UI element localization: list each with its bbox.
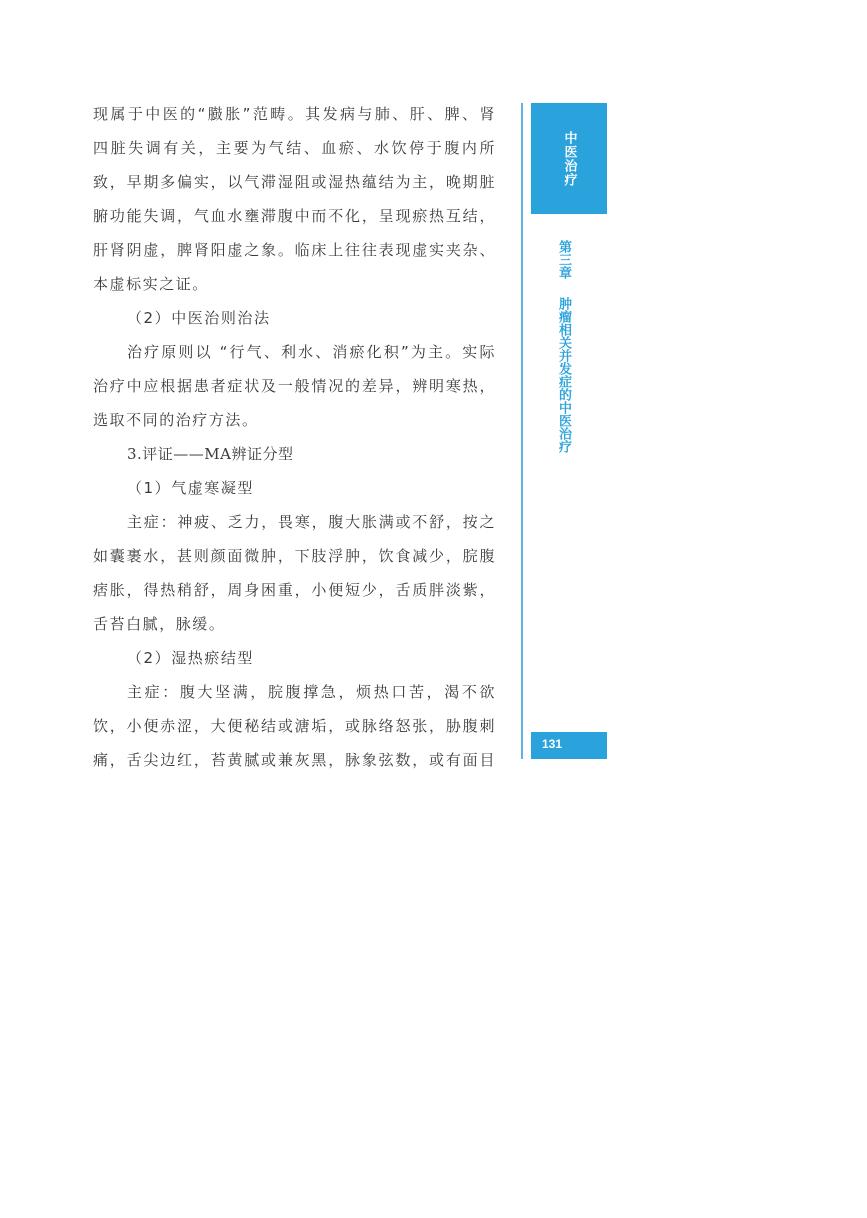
section-tab: 中医治疗 [531, 103, 607, 214]
text-line: 主症：神疲、乏力，畏寒，腹大胀满或不舒，按之 [93, 505, 496, 539]
chapter-number: 第三章 [556, 240, 571, 279]
text-line: 舌苔白腻，脉缓。 [93, 607, 496, 641]
subheading-treatment-principles: （2）中医治则治法 [93, 301, 496, 335]
text-line: 痛，舌尖边红，苔黄腻或兼灰黑，脉象弦数，或有面目 [93, 743, 496, 777]
chapter-running-head: 第三章肿瘤相关并发症的中医治疗 [555, 240, 571, 453]
subheading-damp-heat-stasis: （2）湿热瘀结型 [93, 641, 496, 675]
text-line: 痞胀，得热稍舒，周身困重，小便短少，舌质胖淡紫， [93, 573, 496, 607]
section-tab-label: 中医治疗 [560, 131, 579, 187]
text-line: 本虚标实之证。 [93, 267, 496, 301]
text-line: 致，早期多偏实，以气滞湿阻或湿热蕴结为主，晚期脏 [93, 165, 496, 199]
text-line: 四脏失调有关，主要为气结、血瘀、水饮停于腹内所 [93, 131, 496, 165]
text-line: 现属于中医的“臌胀”范畴。其发病与肺、肝、脾、肾 [93, 97, 496, 131]
book-page: 现属于中医的“臌胀”范畴。其发病与肺、肝、脾、肾 四脏失调有关，主要为气结、血瘀… [0, 0, 867, 1218]
chapter-title: 肿瘤相关并发症的中医治疗 [556, 297, 571, 453]
section-heading-syndrome-types: 3.评证——MA辨证分型 [93, 437, 496, 471]
page-number-box: 131 [531, 732, 607, 759]
text-line: 饮，小便赤涩，大便秘结或溏垢，或脉络怒张，胁腹刺 [93, 709, 496, 743]
text-line: 治疗中应根据患者症状及一般情况的差异，辨明寒热， [93, 369, 496, 403]
body-text: 现属于中医的“臌胀”范畴。其发病与肺、肝、脾、肾 四脏失调有关，主要为气结、血瘀… [93, 97, 496, 777]
subheading-qi-deficiency-cold: （1）气虚寒凝型 [93, 471, 496, 505]
text-line: 腑功能失调，气血水壅滞腹中而不化，呈现瘀热互结， [93, 199, 496, 233]
text-line: 选取不同的治疗方法。 [93, 403, 496, 437]
sidebar-divider-line [521, 103, 523, 759]
text-line: 肝肾阴虚，脾肾阳虚之象。临床上往往表现虚实夹杂、 [93, 233, 496, 267]
text-line: 治疗原则以 “行气、利水、消瘀化积”为主。实际 [93, 335, 496, 369]
text-line: 如囊裹水，甚则颜面微肿，下肢浮肿，饮食减少，脘腹 [93, 539, 496, 573]
text-line: 主症：腹大坚满，脘腹撑急，烦热口苦，渴不欲 [93, 675, 496, 709]
page-number: 131 [542, 737, 562, 751]
